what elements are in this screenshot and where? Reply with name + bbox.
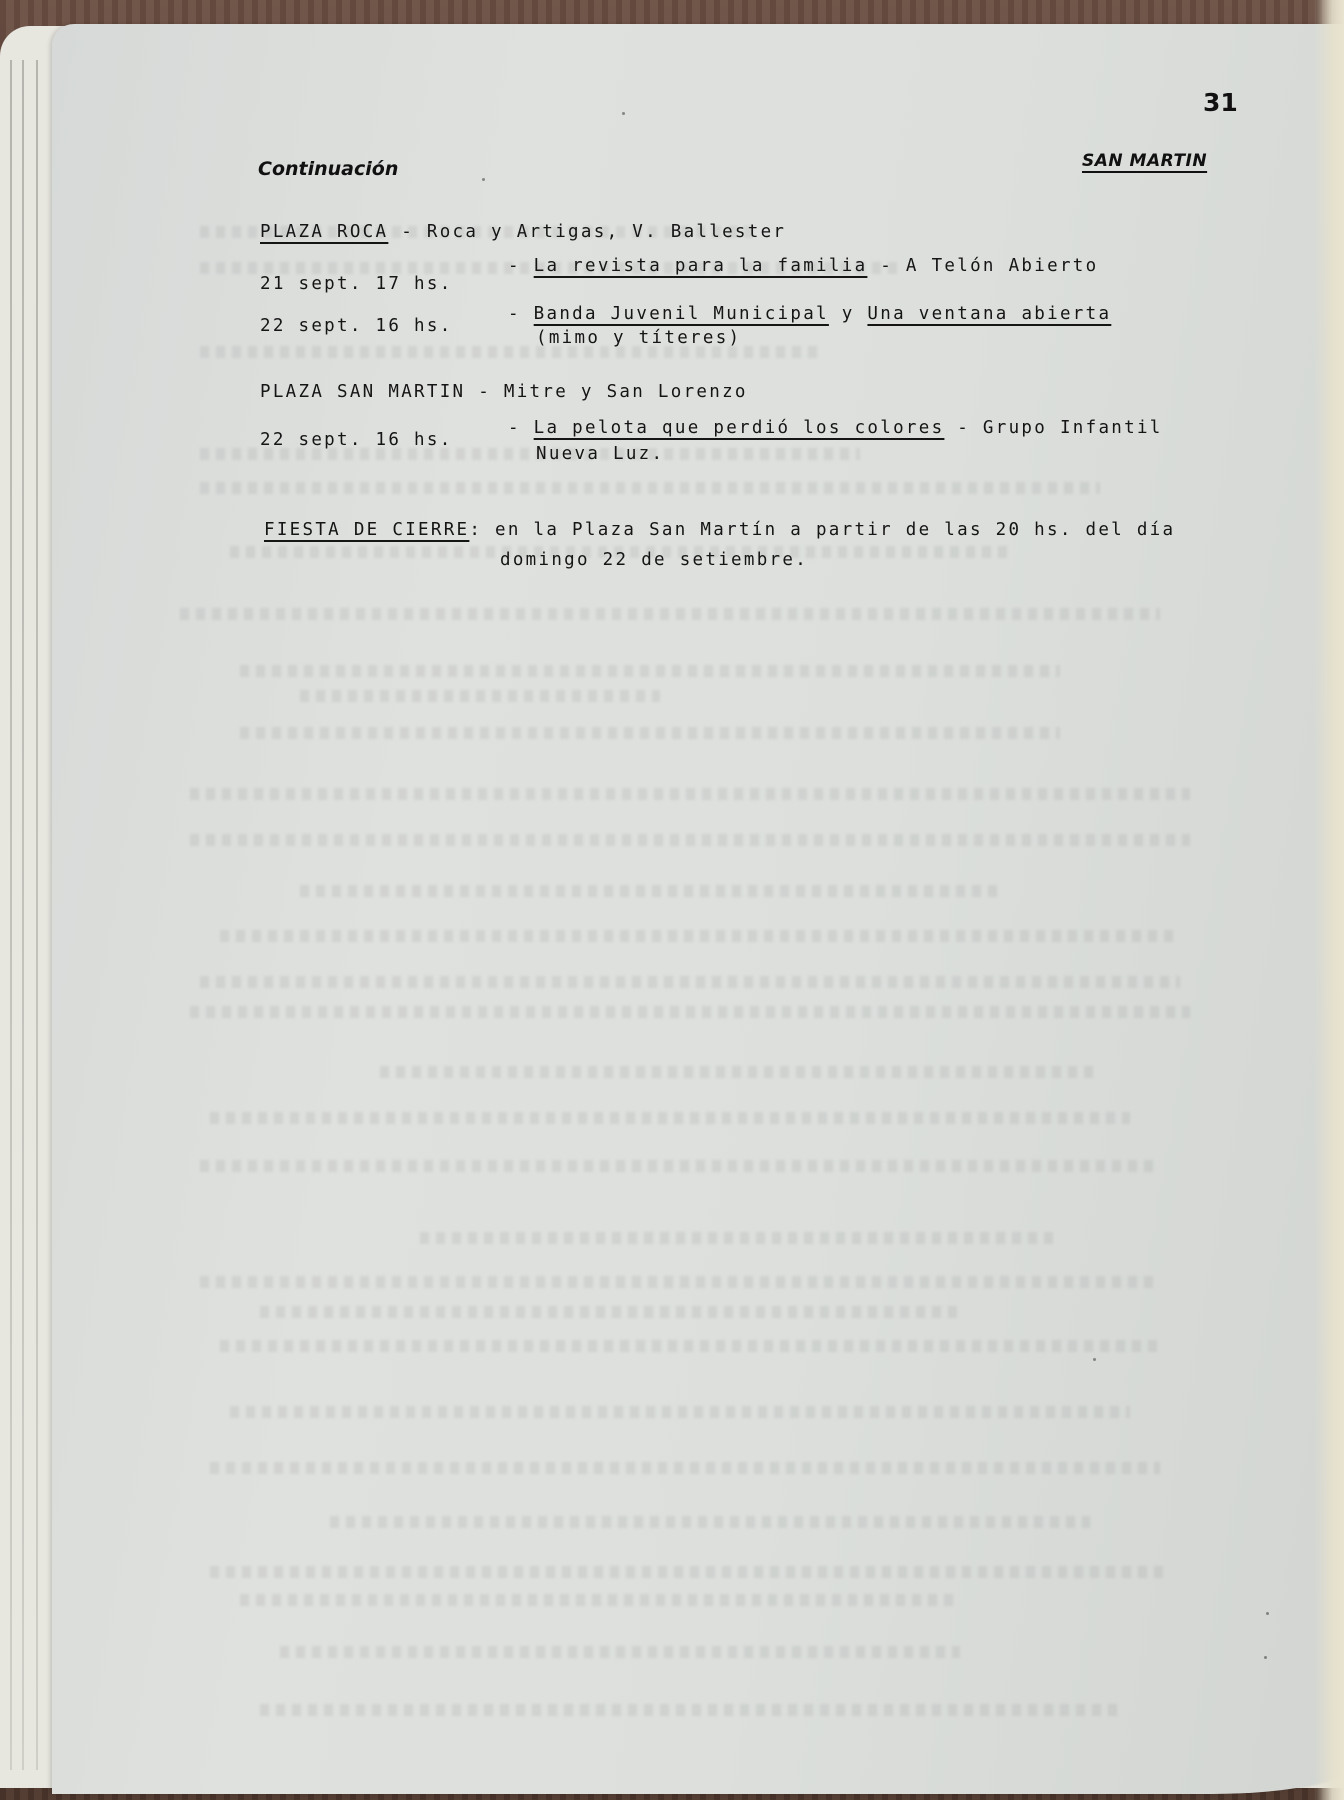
- dust-speck: [622, 112, 625, 115]
- event-title-2: Una ventana abierta: [867, 304, 1111, 324]
- event-title: La revista para la familia: [534, 256, 868, 276]
- closing-line: FIESTA DE CIERRE: en la Plaza San Martín…: [264, 520, 1175, 540]
- closing-label: FIESTA DE CIERRE: [264, 520, 469, 540]
- page-number: 31: [1203, 88, 1238, 117]
- event-performer: - A Telón Abierto: [867, 256, 1098, 276]
- event-datetime: 21 sept. 17 hs.: [260, 274, 453, 294]
- venue-name: PLAZA ROCA: [260, 222, 388, 242]
- dust-speck: [1264, 1656, 1267, 1659]
- event-note: (mimo y títeres): [536, 328, 741, 348]
- event-datetime: 22 sept. 16 hs.: [260, 316, 453, 336]
- dust-speck: [1093, 1358, 1096, 1361]
- event-line: - Banda Juvenil Municipal y Una ventana …: [508, 304, 1111, 324]
- event-datetime: 22 sept. 16 hs.: [260, 430, 453, 450]
- event-title: La pelota que perdió los colores: [534, 418, 945, 438]
- header-municipality: SAN MARTIN: [1082, 151, 1207, 171]
- typewritten-content: 31 Continuación SAN MARTIN PLAZA ROCA - …: [0, 0, 1344, 1800]
- dust-speck: [1266, 1612, 1269, 1615]
- event-performer: - Grupo Infantil: [944, 418, 1162, 438]
- event-title: Banda Juvenil Municipal: [534, 304, 829, 324]
- event-line: - La pelota que perdió los colores - Gru…: [508, 418, 1163, 438]
- dust-speck: [482, 178, 485, 181]
- venue-address: - Roca y Artigas, V. Ballester: [388, 222, 786, 242]
- venue-line: PLAZA ROCA - Roca y Artigas, V. Balleste…: [260, 222, 786, 242]
- closing-date: domingo 22 de setiembre.: [500, 550, 808, 570]
- event-line: - La revista para la familia - A Telón A…: [508, 256, 1098, 276]
- closing-text: : en la Plaza San Martín a partir de las…: [469, 520, 1175, 540]
- event-note: Nueva Luz.: [536, 444, 664, 464]
- venue-address: - Mitre y San Lorenzo: [465, 382, 747, 402]
- venue-name: PLAZA SAN MARTIN: [260, 382, 465, 402]
- venue-line: PLAZA SAN MARTIN - Mitre y San Lorenzo: [260, 382, 748, 402]
- header-continuation: Continuación: [258, 158, 398, 180]
